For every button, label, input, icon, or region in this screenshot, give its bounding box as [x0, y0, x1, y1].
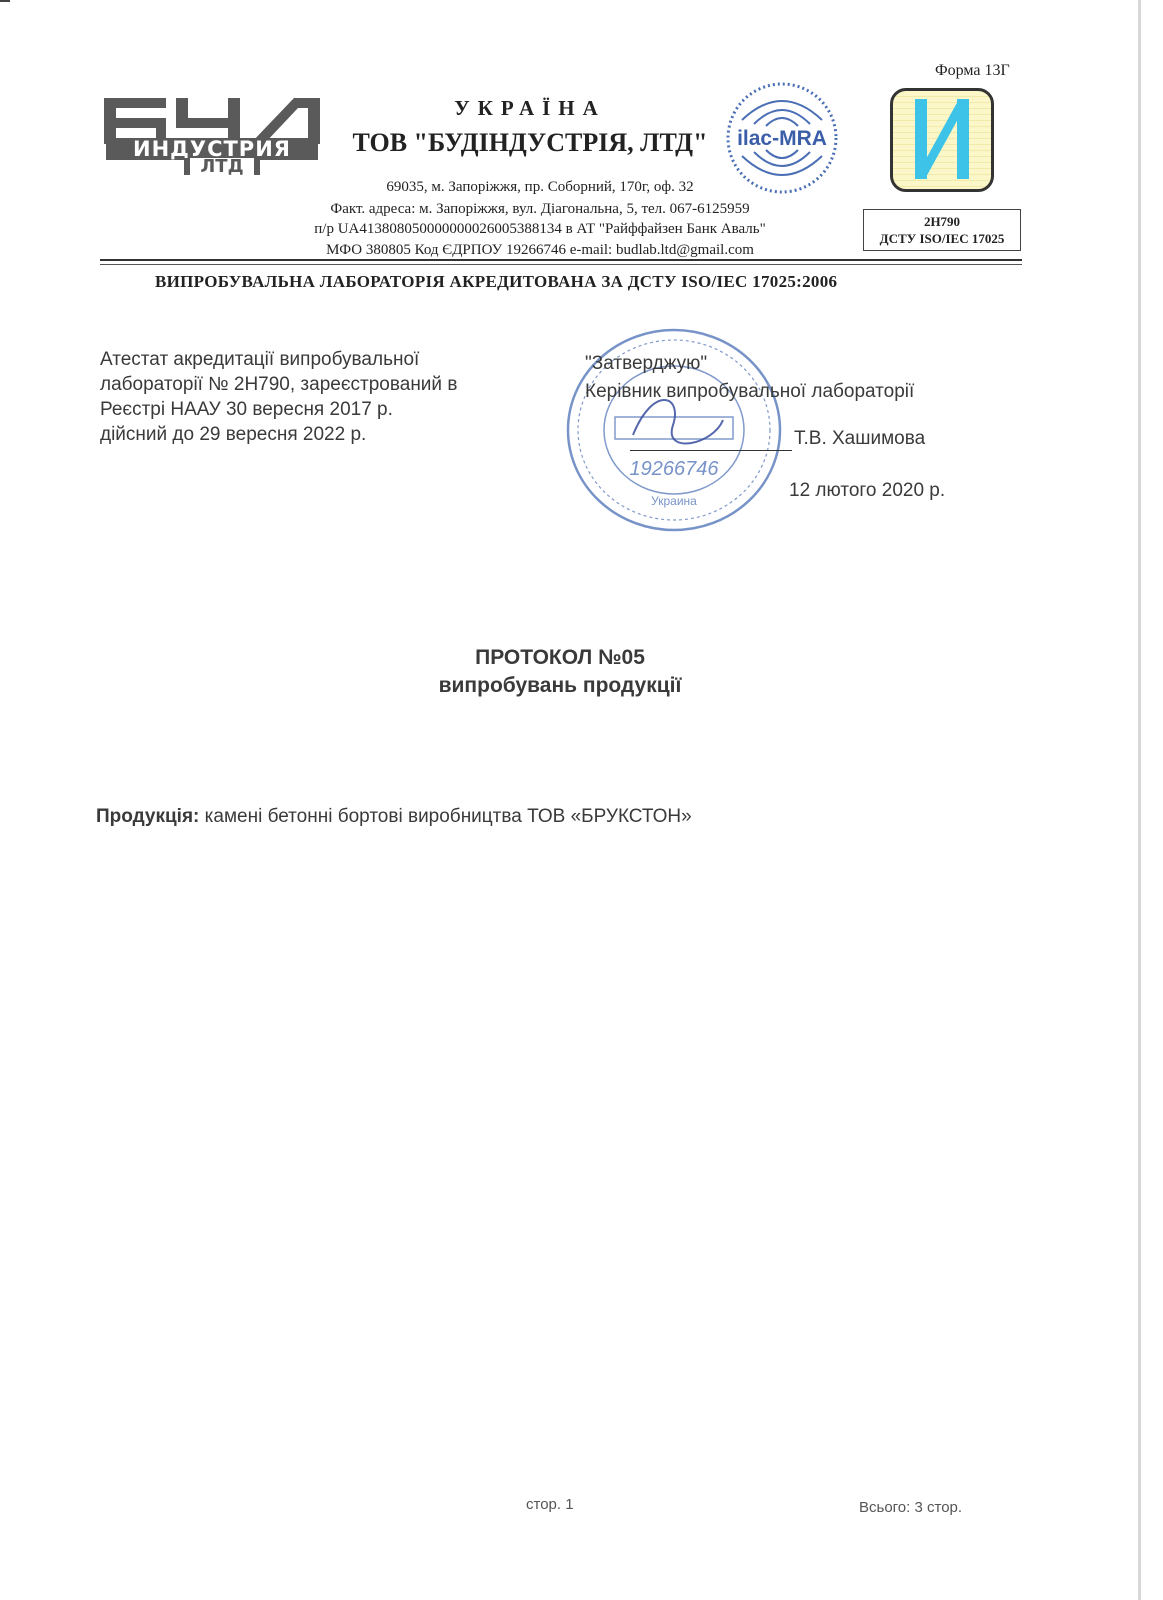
country-heading: УКРАЇНА: [360, 96, 700, 121]
protocol-title-block: ПРОТОКОЛ №05 випробувань продукції: [360, 644, 760, 700]
header-divider-thin: [100, 264, 1022, 265]
approve-label: "Затверджую": [585, 350, 914, 378]
bank-codes-email: МФО 380805 Код ЄДРПОУ 19266746 e-mail: b…: [220, 241, 860, 260]
product-value: камені бетонні бортові виробництва ТОВ «…: [205, 806, 692, 827]
ilac-mra-logo-icon: ilac-MRA: [722, 82, 842, 194]
protocol-title: ПРОТОКОЛ №05: [360, 644, 760, 672]
approval-date: 12 лютого 2020 р.: [789, 480, 945, 502]
logo-ltd-text: ЛТД: [184, 158, 260, 175]
product-line: Продукція: камені бетонні бортові виробн…: [96, 806, 692, 828]
scan-corner-mark: [0, 0, 10, 2]
budindustria-logo: ИНДУСТРИЯ ЛТД: [104, 98, 320, 176]
svg-text:Украина: Украина: [651, 494, 697, 508]
certificate-line: дійсний до 29 вересня 2022 р.: [100, 422, 550, 447]
certificate-line: лабораторії № 2Н790, зареєстрований в: [100, 372, 550, 397]
company-name: ТОВ "БУДІНДУСТРІЯ, ЛТД": [320, 128, 740, 158]
product-label: Продукція: [96, 806, 193, 827]
ia-logo-icon: [893, 91, 991, 189]
certificate-line: Реєстрі НААУ 30 вересня 2017 р.: [100, 397, 550, 422]
accreditation-box: 2Н790 ДСТУ ISO/IEC 17025: [863, 209, 1021, 251]
header-divider: [100, 259, 1022, 261]
certificate-line: Атестат акредитації випробувальної: [100, 347, 550, 372]
total-pages: Всього: 3 стор.: [859, 1499, 962, 1516]
accreditation-certificate: Атестат акредитації випробувальної лабор…: [100, 347, 550, 447]
signer-name: Т.В. Хашимова: [794, 428, 925, 450]
accreditation-standard: ДСТУ ISO/IEC 17025: [864, 230, 1020, 247]
approver-position: Керівник випробувальної лабораторії: [585, 378, 914, 406]
actual-address: Факт. адреса: м. Запоріжжя, вул. Діагона…: [220, 200, 860, 219]
signature-line: [630, 450, 792, 451]
ia-accreditation-logo: [890, 88, 994, 192]
page-number: стор. 1: [526, 1496, 574, 1513]
approval-block: "Затверджую" Керівник випробувальної лаб…: [585, 350, 914, 406]
form-number: Форма 13Г: [935, 62, 1010, 80]
scan-page-edge: [1138, 0, 1141, 1600]
bank-account: п/р UA413808050000000026005388134 в АТ "…: [220, 220, 860, 239]
svg-text:19266746: 19266746: [630, 458, 720, 480]
lab-accreditation-statement: ВИПРОБУВАЛЬНА ЛАБОРАТОРІЯ АКРЕДИТОВАНА З…: [155, 272, 837, 292]
svg-text:ilac-MRA: ilac-MRA: [737, 127, 827, 150]
protocol-subtitle: випробувань продукції: [360, 672, 760, 700]
accreditation-number: 2Н790: [864, 213, 1020, 230]
